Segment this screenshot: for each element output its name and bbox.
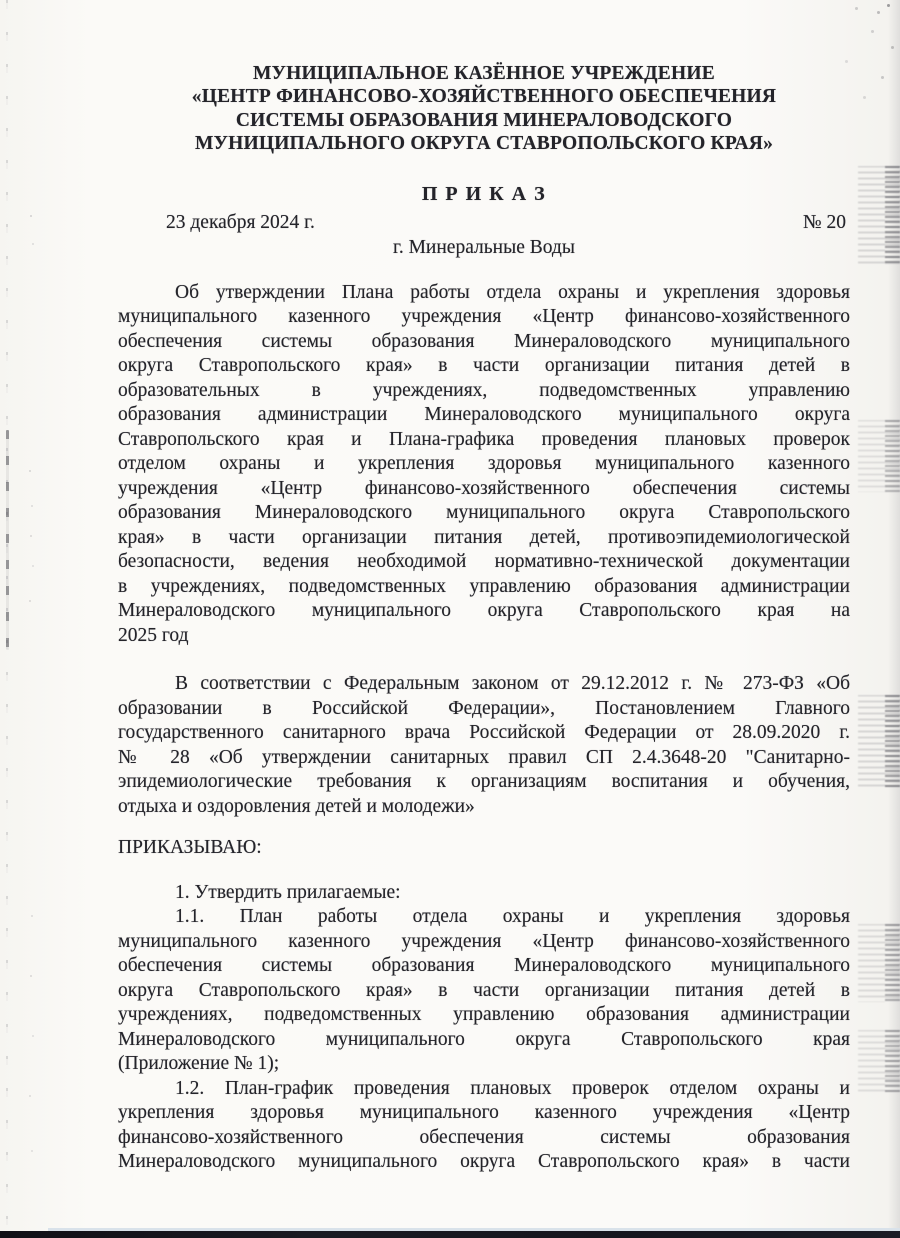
scan-noise-band: [854, 695, 900, 787]
text-line: В соответствии с Федеральным законом от …: [118, 672, 850, 697]
organization-name-line: СИСТЕМЫ ОБРАЗОВАНИЯ МИНЕРАЛОВОДСКОГО: [118, 109, 850, 132]
text-line: учреждениях, подведомственных управлению…: [118, 1003, 850, 1028]
text-line: Минераловодского муниципального округа С…: [118, 1028, 850, 1053]
scanned-document-page: МУНИЦИПАЛЬНОЕ КАЗЁННОЕ УЧРЕЖДЕНИЕ«ЦЕНТР …: [0, 0, 900, 1238]
text-line: образовании в Российской Федерации», Пос…: [118, 697, 850, 722]
text-line: образования администрации Минераловодско…: [118, 403, 850, 428]
text-line: 1.2. План-график проведения плановых про…: [118, 1077, 850, 1102]
organization-name: МУНИЦИПАЛЬНОЕ КАЗЁННОЕ УЧРЕЖДЕНИЕ«ЦЕНТР …: [118, 0, 850, 156]
paragraph-item-1: 1. Утвердить прилагаемые:: [118, 881, 850, 906]
scan-noise-band: [854, 1030, 900, 1092]
text-line: муниципального казенного учреждения «Цен…: [118, 930, 850, 955]
scan-noise-band: [854, 166, 900, 266]
scan-left-edge-dashes: [6, 430, 9, 650]
organization-name-line: «ЦЕНТР ФИНАНСОВО-ХОЗЯЙСТВЕННОГО ОБЕСПЕЧЕ…: [118, 85, 850, 108]
text-line: округа Ставропольского края» в части орг…: [118, 354, 850, 379]
text-line: отделом охраны и укрепления здоровья мун…: [118, 452, 850, 477]
city-line: г. Минеральные Воды: [118, 236, 850, 260]
body-text: Об утверждении Плана работы отдела охран…: [118, 281, 850, 1175]
document-content: МУНИЦИПАЛЬНОЕ КАЗЁННОЕ УЧРЕЖДЕНИЕ«ЦЕНТР …: [118, 0, 850, 1175]
scan-right-edge-shade: [888, 0, 900, 1238]
text-line: укрепления здоровья муниципального казен…: [118, 1101, 850, 1126]
text-line: Минераловодского муниципального округа С…: [118, 1150, 850, 1175]
text-line: № 28 «Об утверждении санитарных правил С…: [118, 746, 850, 771]
document-number: № 20: [803, 211, 846, 235]
text-line: округа Ставропольского края» в части орг…: [118, 979, 850, 1004]
paragraph-item-1-1: 1.1. План работы отдела охраны и укрепле…: [118, 905, 850, 1077]
text-line: Об утверждении Плана работы отдела охран…: [118, 281, 850, 306]
scan-bottom-bar: [0, 1231, 900, 1238]
text-line: учреждения «Центр финансово-хозяйственно…: [118, 477, 850, 502]
text-line: края» в части организации питания детей,…: [118, 526, 850, 551]
scan-left-edge-line: [6, 0, 8, 1238]
text-line: 1. Утвердить прилагаемые:: [118, 881, 850, 906]
text-line: 2025 год: [118, 624, 850, 649]
scan-noise-band: [854, 420, 900, 492]
text-line: безопасности, ведения необходимой нормат…: [118, 550, 850, 575]
scan-noise-band: [854, 924, 900, 1002]
text-line: 1.1. План работы отдела охраны и укрепле…: [118, 905, 850, 930]
text-line: Минераловодского муниципального округа С…: [118, 599, 850, 624]
organization-name-line: МУНИЦИПАЛЬНОЕ КАЗЁННОЕ УЧРЕЖДЕНИЕ: [118, 62, 850, 85]
text-line: (Приложение № 1);: [118, 1052, 850, 1077]
scan-speckles: [887, 4, 890, 7]
text-line: ПРИКАЗЫВАЮ:: [118, 836, 850, 861]
text-line: государственного санитарного врача Росси…: [118, 721, 850, 746]
paragraph-subject: Об утверждении Плана работы отдела охран…: [118, 281, 850, 649]
document-type-title: П Р И К А З: [118, 182, 850, 206]
paragraph-item-1-2: 1.2. План-график проведения плановых про…: [118, 1077, 850, 1175]
paragraph-legal-basis: В соответствии с Федеральным законом от …: [118, 672, 850, 819]
text-line: муниципального казенного учреждения «Цен…: [118, 305, 850, 330]
scan-bottom-line: [48, 1228, 900, 1231]
date-number-row: 23 декабря 2024 г. № 20: [118, 211, 850, 235]
text-line: Ставропольского края и Плана-графика про…: [118, 428, 850, 453]
text-line: обеспечения системы образования Минерало…: [118, 330, 850, 355]
text-line: отдыха и оздоровления детей и молодежи»: [118, 795, 850, 820]
text-line: в учреждениях, подведомственных управлен…: [118, 575, 850, 600]
text-line: финансово-хозяйственного обеспечения сис…: [118, 1126, 850, 1151]
document-date: 23 декабря 2024 г.: [166, 211, 315, 235]
text-line: образования Минераловодского муниципальн…: [118, 501, 850, 526]
organization-name-line: МУНИЦИПАЛЬНОГО ОКРУГА СТАВРОПОЛЬСКОГО КР…: [118, 132, 850, 155]
text-line: образовательных в учреждениях, подведомс…: [118, 379, 850, 404]
paragraph-order-word: ПРИКАЗЫВАЮ:: [118, 836, 850, 861]
text-line: эпидемиологические требования к организа…: [118, 770, 850, 795]
scan-margin-dots: [30, 215, 32, 217]
text-line: обеспечения системы образования Минерало…: [118, 954, 850, 979]
